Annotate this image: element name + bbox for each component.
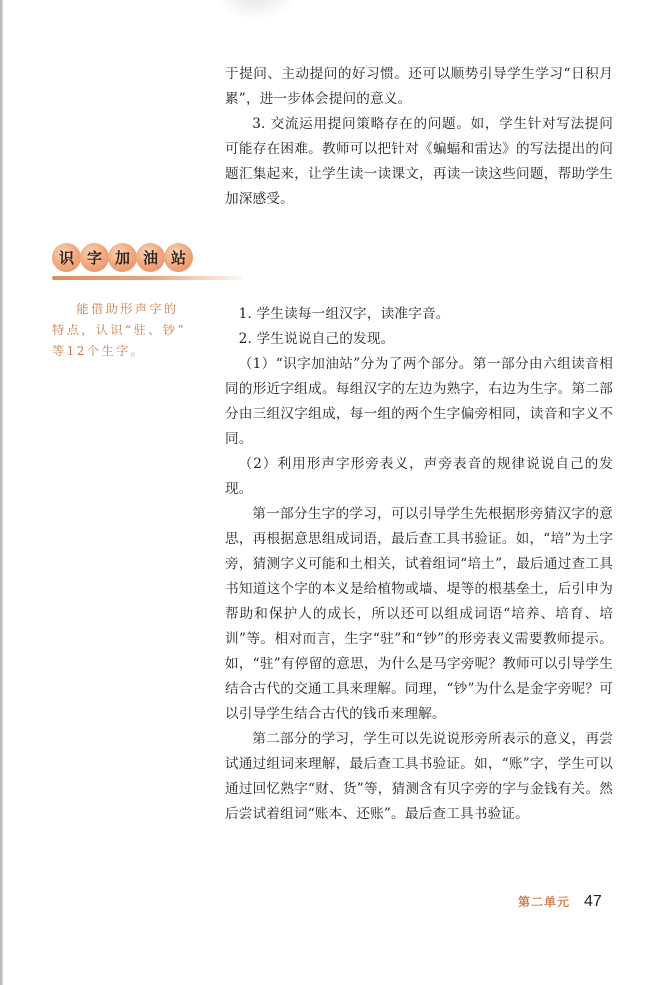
paragraph: 2. 学生说说自己的发现。 [225,327,613,352]
top-continuation-text: 于提问、主动提问的好习惯。还可以顺势引导学生学习“日积月累”，进一步体会提问的意… [225,62,613,212]
paragraph: 1. 学生读每一组汉字，读准字音。 [225,302,613,327]
title-char-circle: 字 [80,243,109,272]
paragraph: （2）利用形声字形旁表义，声旁表音的规律说说自己的发现。 [225,452,613,502]
page-footer: 第二单元 47 [518,893,602,911]
note-line: 能借助形声字的 [52,299,200,320]
note-line: 等12个生字。 [52,341,200,362]
scan-smudge [215,0,295,20]
section-body-text: 1. 学生读每一组汉字，读准字音。 2. 学生说说自己的发现。 （1）“识字加油… [225,302,613,827]
section-underline-divider [52,276,242,280]
paragraph: 3. 交流运用提问策略存在的问题。如，学生针对写法提问可能存在困难。教师可以把针… [225,112,613,212]
page-number: 47 [584,893,602,911]
title-char-circle: 油 [136,243,165,272]
section-title: 识 字 加 油 站 [52,243,272,272]
page-binding-edge [0,0,3,985]
section-header-shizi-jiayouzhan: 识 字 加 油 站 [52,243,272,283]
note-line: 特点，认识“驻、钞” [52,320,200,341]
paragraph: 第二部分的学习，学生可以先说说形旁所表示的意义，再尝试通过组词来理解，最后查工具… [225,727,613,827]
title-char-circle: 识 [52,243,81,272]
paragraph: （1）“识字加油站”分为了两个部分。第一部分由六组读音相同的形近字组成。每组汉字… [225,352,613,452]
paragraph: 第一部分生字的学习，可以引导学生先根据形旁猜汉字的意思，再根据意思组成词语，最后… [225,502,613,727]
title-char-circle: 加 [108,243,137,272]
unit-label: 第二单元 [518,893,570,910]
title-char-circle: 站 [164,243,193,272]
learning-objective-note: 能借助形声字的 特点，认识“驻、钞” 等12个生字。 [52,299,200,362]
paragraph: 于提问、主动提问的好习惯。还可以顺势引导学生学习“日积月累”，进一步体会提问的意… [225,62,613,112]
